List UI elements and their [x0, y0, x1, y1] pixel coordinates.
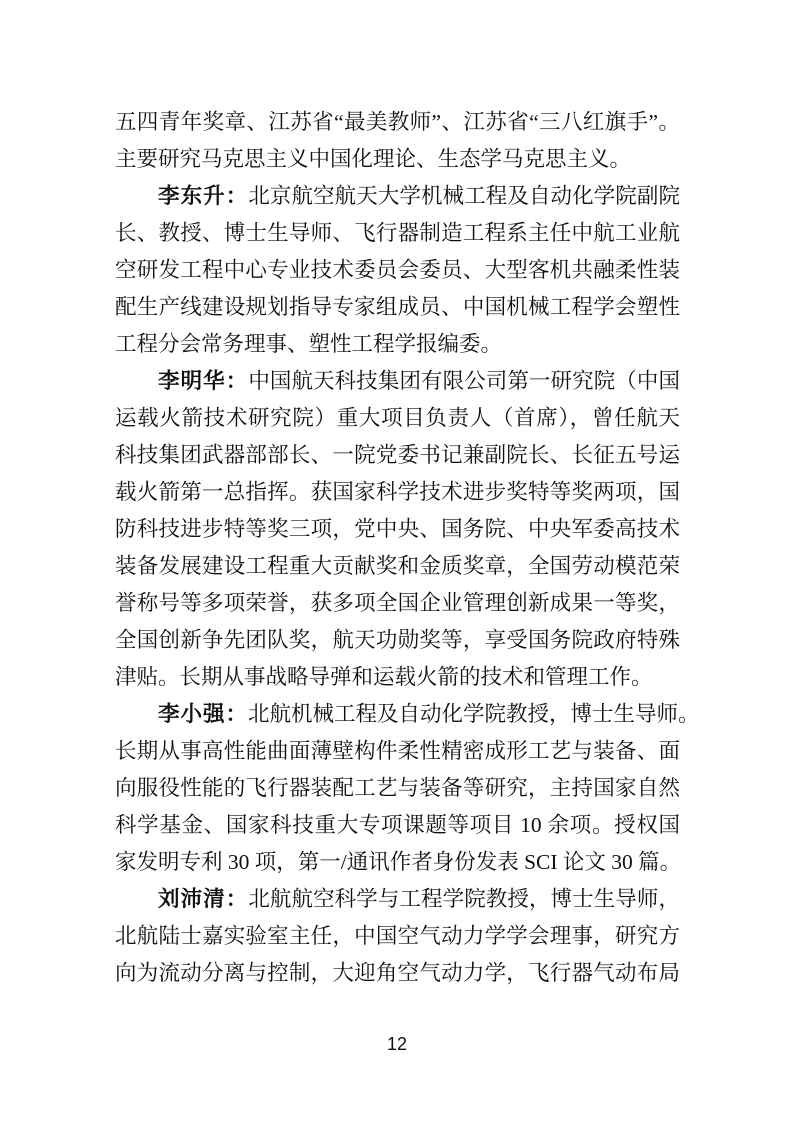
- text-line: 津贴。长期从事战略导弹和运载火箭的技术和管理工作。: [115, 659, 680, 696]
- line-text: 津贴。长期从事战略导弹和运载火箭的技术和管理工作。: [115, 665, 653, 689]
- line-text: 誉称号等多项荣誉，获多项全国企业管理创新成果一等奖，: [115, 591, 680, 615]
- text-line: 长、教授、博士生导师、飞行器制造工程系主任中航工业航: [115, 215, 680, 252]
- text-line: 李东升：北京航空航天大学机械工程及自动化学院副院: [115, 178, 680, 215]
- person-name: 李小强：: [158, 702, 248, 726]
- line-text: 家发明专利 30 项，第一/通讯作者身份发表 SCI 论文 30 篇。: [115, 850, 681, 874]
- text-line: 李小强：北航机械工程及自动化学院教授，博士生导师。: [115, 696, 680, 733]
- line-text: 工程分会常务理事、塑性工程学报编委。: [115, 332, 502, 356]
- text-line: 五四青年奖章、江苏省“最美教师”、江苏省“三八红旗手”。: [115, 104, 680, 141]
- page-number: 12: [0, 1034, 794, 1055]
- document-page: 五四青年奖章、江苏省“最美教师”、江苏省“三八红旗手”。主要研究马克思主义中国化…: [0, 0, 794, 1123]
- text-line: 空研发工程中心专业技术委员会委员、大型客机共融柔性装: [115, 252, 680, 289]
- text-line: 装备发展建设工程重大贡献奖和金质奖章，全国劳动模范荣: [115, 548, 680, 585]
- line-text: 主要研究马克思主义中国化理论、生态学马克思主义。: [115, 147, 631, 171]
- line-text: 北京航空航天大学机械工程及自动化学院副院: [248, 184, 680, 208]
- line-text: 五四青年奖章、江苏省“最美教师”、江苏省“三八红旗手”。: [115, 110, 680, 134]
- line-text: 科技集团武器部部长、一院党委书记兼副院长、长征五号运: [115, 443, 680, 467]
- line-text: 长、教授、博士生导师、飞行器制造工程系主任中航工业航: [115, 221, 680, 245]
- text-line: 李明华：中国航天科技集团有限公司第一研究院（中国: [115, 363, 680, 400]
- text-line: 长期从事高性能曲面薄壁构件柔性精密成形工艺与装备、面: [115, 733, 680, 770]
- line-text: 运载火箭技术研究院）重大项目负责人（首席），曾任航天: [115, 406, 680, 430]
- line-text: 北航航空科学与工程学院教授，博士生导师，: [248, 887, 680, 911]
- text-line: 刘沛清：北航航空科学与工程学院教授，博士生导师，: [115, 881, 680, 918]
- text-line: 向服役性能的飞行器装配工艺与装备等研究，主持国家自然: [115, 770, 680, 807]
- text-line: 科学基金、国家科技重大专项课题等项目 10 余项。授权国: [115, 807, 680, 844]
- line-text: 中国航天科技集团有限公司第一研究院（中国: [248, 369, 680, 393]
- text-content: 五四青年奖章、江苏省“最美教师”、江苏省“三八红旗手”。主要研究马克思主义中国化…: [115, 104, 680, 992]
- line-text: 长期从事高性能曲面薄壁构件柔性精密成形工艺与装备、面: [115, 739, 680, 763]
- line-text: 北航机械工程及自动化学院教授，博士生导师。: [248, 702, 700, 726]
- text-line: 运载火箭技术研究院）重大项目负责人（首席），曾任航天: [115, 400, 680, 437]
- text-line: 家发明专利 30 项，第一/通讯作者身份发表 SCI 论文 30 篇。: [115, 844, 680, 881]
- person-name: 李东升：: [158, 184, 248, 208]
- line-text: 向为流动分离与控制，大迎角空气动力学，飞行器气动布局: [115, 961, 680, 985]
- text-line: 主要研究马克思主义中国化理论、生态学马克思主义。: [115, 141, 680, 178]
- line-text: 向服役性能的飞行器装配工艺与装备等研究，主持国家自然: [115, 776, 680, 800]
- line-text: 载火箭第一总指挥。获国家科学技术进步奖特等奖两项，国: [115, 480, 680, 504]
- text-line: 誉称号等多项荣誉，获多项全国企业管理创新成果一等奖，: [115, 585, 680, 622]
- text-line: 全国创新争先团队奖，航天功勋奖等，享受国务院政府特殊: [115, 622, 680, 659]
- line-text: 北航陆士嘉实验室主任，中国空气动力学学会理事，研究方: [115, 924, 680, 948]
- person-name: 刘沛清：: [158, 887, 248, 911]
- text-line: 工程分会常务理事、塑性工程学报编委。: [115, 326, 680, 363]
- text-line: 北航陆士嘉实验室主任，中国空气动力学学会理事，研究方: [115, 918, 680, 955]
- line-text: 配生产线建设规划指导专家组成员、中国机械工程学会塑性: [115, 295, 680, 319]
- text-line: 科技集团武器部部长、一院党委书记兼副院长、长征五号运: [115, 437, 680, 474]
- text-line: 向为流动分离与控制，大迎角空气动力学，飞行器气动布局: [115, 955, 680, 992]
- text-line: 防科技进步特等奖三项，党中央、国务院、中央军委高技术: [115, 511, 680, 548]
- line-text: 全国创新争先团队奖，航天功勋奖等，享受国务院政府特殊: [115, 628, 680, 652]
- line-text: 装备发展建设工程重大贡献奖和金质奖章，全国劳动模范荣: [115, 554, 680, 578]
- line-text: 空研发工程中心专业技术委员会委员、大型客机共融柔性装: [115, 258, 680, 282]
- text-line: 配生产线建设规划指导专家组成员、中国机械工程学会塑性: [115, 289, 680, 326]
- person-name: 李明华：: [158, 369, 248, 393]
- text-line: 载火箭第一总指挥。获国家科学技术进步奖特等奖两项，国: [115, 474, 680, 511]
- line-text: 科学基金、国家科技重大专项课题等项目 10 余项。授权国: [115, 813, 680, 837]
- line-text: 防科技进步特等奖三项，党中央、国务院、中央军委高技术: [115, 517, 680, 541]
